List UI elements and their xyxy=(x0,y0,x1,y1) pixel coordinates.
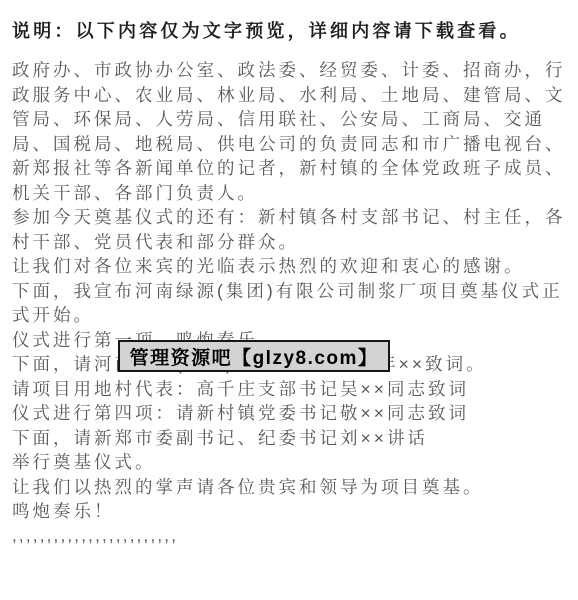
watermark-badge: 管理资源吧【glzy8.com】 xyxy=(118,340,390,372)
text-line: 管局、环保局、人劳局、信用联社、公安局、工商局、交通 xyxy=(12,107,574,132)
text-line: 下面，请新郑市委副书记、纪委书记刘××讲话 xyxy=(12,426,574,451)
text-line: 下面，我宣布河南绿源(集团)有限公司制浆厂项目奠基仪式正 xyxy=(12,279,574,304)
text-line: 政府办、市政协办公室、政法委、经贸委、计委、招商办，行 xyxy=(12,58,574,83)
text-line: 请项目用地村代表：高千庄支部书记吴××同志致词 xyxy=(12,377,574,402)
preview-notice: 说明：以下内容仅为文字预览，详细内容请下载查看。 xyxy=(12,17,521,43)
text-line: 机关干部、各部门负责人。 xyxy=(12,181,574,206)
text-line: 让我们对各位来宾的光临表示热烈的欢迎和衷心的感谢。 xyxy=(12,254,574,279)
text-line: 局、国税局、地税局、供电公司的负责同志和市广播电视台、 xyxy=(12,132,574,157)
text-line: 举行奠基仪式。 xyxy=(12,450,574,475)
text-line: 村干部、党员代表和部分群众。 xyxy=(12,230,574,255)
document-preview-page: 说明：以下内容仅为文字预览，详细内容请下载查看。 政府办、市政协办公室、政法委、… xyxy=(0,0,578,600)
text-line: 仪式进行第四项：请新村镇党委书记敬××同志致词 xyxy=(12,401,574,426)
watermark-label: 管理资源吧【glzy8.com】 xyxy=(130,343,379,370)
text-line: 政服务中心、农业局、林业局、水利局、土地局、建管局、文 xyxy=(12,83,574,108)
ellipsis-row: ,,,,,,,,,,,,,,,,,,,,,,,, xyxy=(12,524,574,549)
text-line: 参加今天奠基仪式的还有：新村镇各村支部书记、村主任，各 xyxy=(12,205,574,230)
text-line: 新郑报社等各新闻单位的记者，新村镇的全体党政班子成员、 xyxy=(12,156,574,181)
text-line: 式开始。 xyxy=(12,303,574,328)
text-line: 鸣炮奏乐！ xyxy=(12,499,574,524)
document-body: 政府办、市政协办公室、政法委、经贸委、计委、招商办，行政服务中心、农业局、林业局… xyxy=(12,58,574,524)
ellipsis-row-container: ,,,,,,,,,,,,,,,,,,,,,,,, xyxy=(12,524,574,549)
text-line: 让我们以热烈的掌声请各位贵宾和领导为项目奠基。 xyxy=(12,475,574,500)
